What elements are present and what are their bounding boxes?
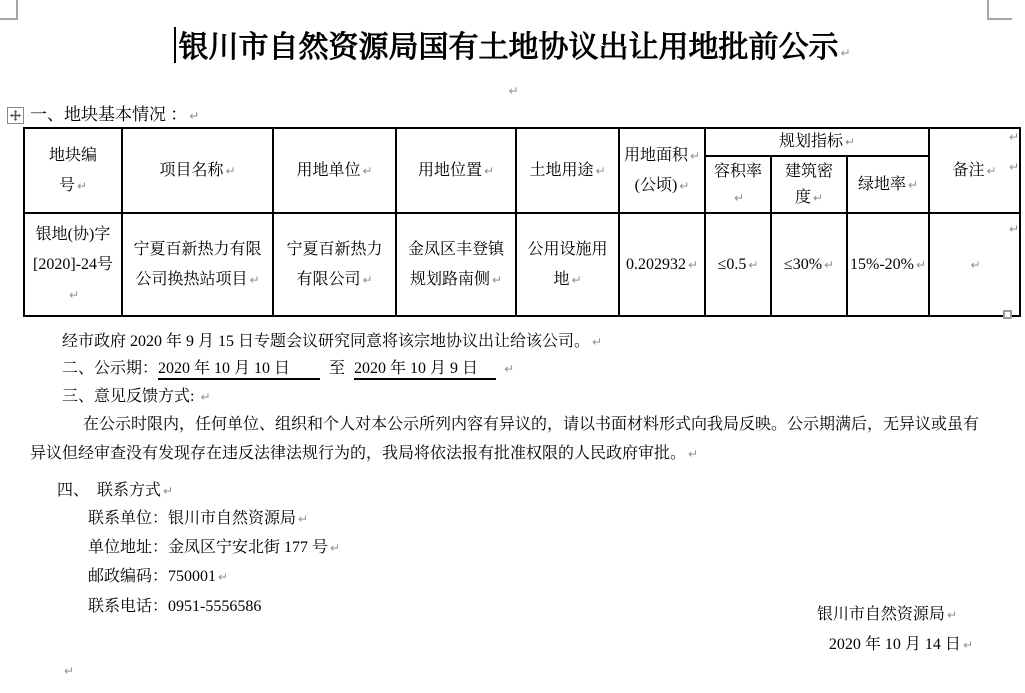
paragraph-mark-icon: ↵ xyxy=(362,164,372,178)
paragraph-mark-icon: ↵ xyxy=(688,447,698,461)
contact-phone-line: 联系电话：0951-5556586 xyxy=(88,593,261,616)
table-move-handle[interactable] xyxy=(7,107,24,124)
signature-org: 银川市自然资源局↵ xyxy=(817,601,957,624)
paragraph-mark-icon: ↵ xyxy=(734,191,744,205)
header-area: 用地面积↵ (公顷)↵ xyxy=(619,128,705,213)
title-line: 银川市自然资源局国有土地协议出让用地批前公示↵ xyxy=(0,22,1025,66)
cell-remarks: ↵ xyxy=(929,213,1020,316)
table-resize-handle[interactable] xyxy=(1003,310,1012,319)
header-location: 用地位置↵ xyxy=(396,128,516,213)
paragraph-mark-icon: ↵ xyxy=(200,390,210,404)
paragraph-mark-icon: ↵ xyxy=(508,84,518,98)
text-cursor xyxy=(174,27,176,63)
paragraph-mark-icon: ↵ xyxy=(484,164,494,178)
paragraph-mark-icon: ↵ xyxy=(845,135,855,149)
cell-land-use: 公用设施用地↵ xyxy=(516,213,619,316)
paragraph-mark-icon: ↵ xyxy=(504,362,514,376)
cell-location: 金凤区丰登镇规划路南侧↵ xyxy=(396,213,516,316)
page-title: 银川市自然资源局国有土地协议出让用地批前公示 xyxy=(178,31,838,64)
header-building-density: 建筑密度↵ xyxy=(771,156,847,213)
empty-line: ↵ xyxy=(62,662,74,680)
paragraph-mark-icon: ↵ xyxy=(249,273,259,287)
paragraph-mark-icon: ↵ xyxy=(748,258,758,272)
paragraph-mark-icon: ↵ xyxy=(1009,160,1019,174)
cell-floor-area-ratio: ≤0.5↵ xyxy=(705,213,771,316)
paragraph-mark-icon: ↵ xyxy=(592,335,602,349)
paragraph-mark-icon: ↵ xyxy=(225,164,235,178)
contact-postcode-line: 邮政编码：750001↵ xyxy=(88,563,228,586)
header-remarks: 备注↵ xyxy=(929,128,1020,213)
paragraph-mark-icon: ↵ xyxy=(595,164,605,178)
paragraph-mark-icon: ↵ xyxy=(330,541,340,555)
publicity-start-date: 2020 年 10 月 10 日 xyxy=(158,360,320,380)
paragraph-mark-icon: ↵ xyxy=(77,179,87,193)
approval-note: 经市政府 2020 年 9 月 15 日专题会议研究同意将该宗地协议出让给该公司… xyxy=(62,328,602,351)
paragraph-mark-icon: ↵ xyxy=(688,258,698,272)
paragraph-mark-icon: ↵ xyxy=(571,273,581,287)
header-floor-area-ratio: 容积率↵ xyxy=(705,156,771,213)
paragraph-mark-icon: ↵ xyxy=(824,258,834,272)
header-green-rate: 绿地率↵ xyxy=(847,156,929,213)
paragraph-mark-icon: ↵ xyxy=(492,273,502,287)
paragraph-mark-icon: ↵ xyxy=(679,179,689,193)
paragraph-mark-icon: ↵ xyxy=(690,149,700,163)
cell-land-user: 宁夏百新热力有限公司↵ xyxy=(273,213,396,316)
document-page: 银川市自然资源局国有土地协议出让用地批前公示↵ ↵ 一、地块基本情况 ：↵ 地块… xyxy=(0,0,1025,693)
section-1-heading: 一、地块基本情况 ： xyxy=(30,105,187,124)
publicity-end-date: 2020 年 10 月 9 日 xyxy=(354,360,496,380)
paragraph-mark-icon: ↵ xyxy=(298,512,308,526)
publicity-period-line: 二、公示期：2020 年 10 月 10 日至2020 年 10 月 9 日↵ xyxy=(62,355,514,378)
header-planning-indicators: 规划指标↵ xyxy=(705,128,929,156)
header-plot-number: 地块编号↵ xyxy=(24,128,122,213)
cell-green-rate: 15%-20%↵ xyxy=(847,213,929,316)
paragraph-mark-icon: ↵ xyxy=(64,664,74,678)
paragraph-mark-icon: ↵ xyxy=(908,178,918,192)
paragraph-mark-icon: ↵ xyxy=(840,46,850,60)
header-project-name: 项目名称↵ xyxy=(122,128,273,213)
table-row: 银地(协)字[2020]-24号↵ 宁夏百新热力有限公司换热站项目↵ 宁夏百新热… xyxy=(24,213,1020,316)
cell-area: 0.202932↵ xyxy=(619,213,705,316)
section-2-heading: 二、公示期： xyxy=(62,360,158,377)
paragraph-mark-icon: ↵ xyxy=(1009,130,1019,144)
paragraph-mark-icon: ↵ xyxy=(947,608,957,622)
contact-unit-line: 联系单位：银川市自然资源局↵ xyxy=(88,505,308,528)
land-info-table: 地块编号↵ 项目名称↵ 用地单位↵ 用地位置↵ 土地用途↵ 用地面积↵ (公顷)… xyxy=(23,127,1021,317)
paragraph-mark-icon: ↵ xyxy=(163,484,173,498)
cell-plot-number: 银地(协)字[2020]-24号↵ xyxy=(24,213,122,316)
paragraph-mark-icon: ↵ xyxy=(963,638,973,652)
paragraph-mark-icon: ↵ xyxy=(189,109,199,123)
header-land-use: 土地用途↵ xyxy=(516,128,619,213)
paragraph-mark-icon: ↵ xyxy=(218,570,228,584)
margin-corner-top-right-mark xyxy=(987,0,1012,20)
paragraph-mark-icon: ↵ xyxy=(916,258,926,272)
signature-date: 2020 年 10 月 14 日↵ xyxy=(829,631,973,654)
to-word: 至 xyxy=(329,360,345,377)
paragraph-mark-icon: ↵ xyxy=(1009,222,1019,236)
header-land-user: 用地单位↵ xyxy=(273,128,396,213)
paragraph-mark-icon: ↵ xyxy=(362,273,372,287)
paragraph-mark-icon: ↵ xyxy=(813,191,823,205)
cell-project-name: 宁夏百新热力有限公司换热站项目↵ xyxy=(122,213,273,316)
paragraph-mark-icon: ↵ xyxy=(69,288,79,302)
move-arrows-icon xyxy=(10,110,21,121)
section-1-heading-line: 一、地块基本情况 ：↵ xyxy=(30,100,199,125)
paragraph-mark-icon: ↵ xyxy=(971,258,981,272)
empty-line: ↵ xyxy=(0,82,1025,100)
margin-corner-top-left-mark xyxy=(0,0,18,20)
section-4-heading: 四、 联系方式↵ xyxy=(57,477,173,500)
cell-building-density: ≤30%↵ xyxy=(771,213,847,316)
paragraph-mark-icon: ↵ xyxy=(987,164,997,178)
section-3-heading: 三、意见反馈方式:↵ xyxy=(62,383,211,406)
feedback-body: 在公示时限内，任何单位、组织和个人对本公示所列内容有异议的，请以书面材料形式向我… xyxy=(30,410,988,469)
contact-address-line: 单位地址：金凤区宁安北街 177 号↵ xyxy=(88,534,340,557)
